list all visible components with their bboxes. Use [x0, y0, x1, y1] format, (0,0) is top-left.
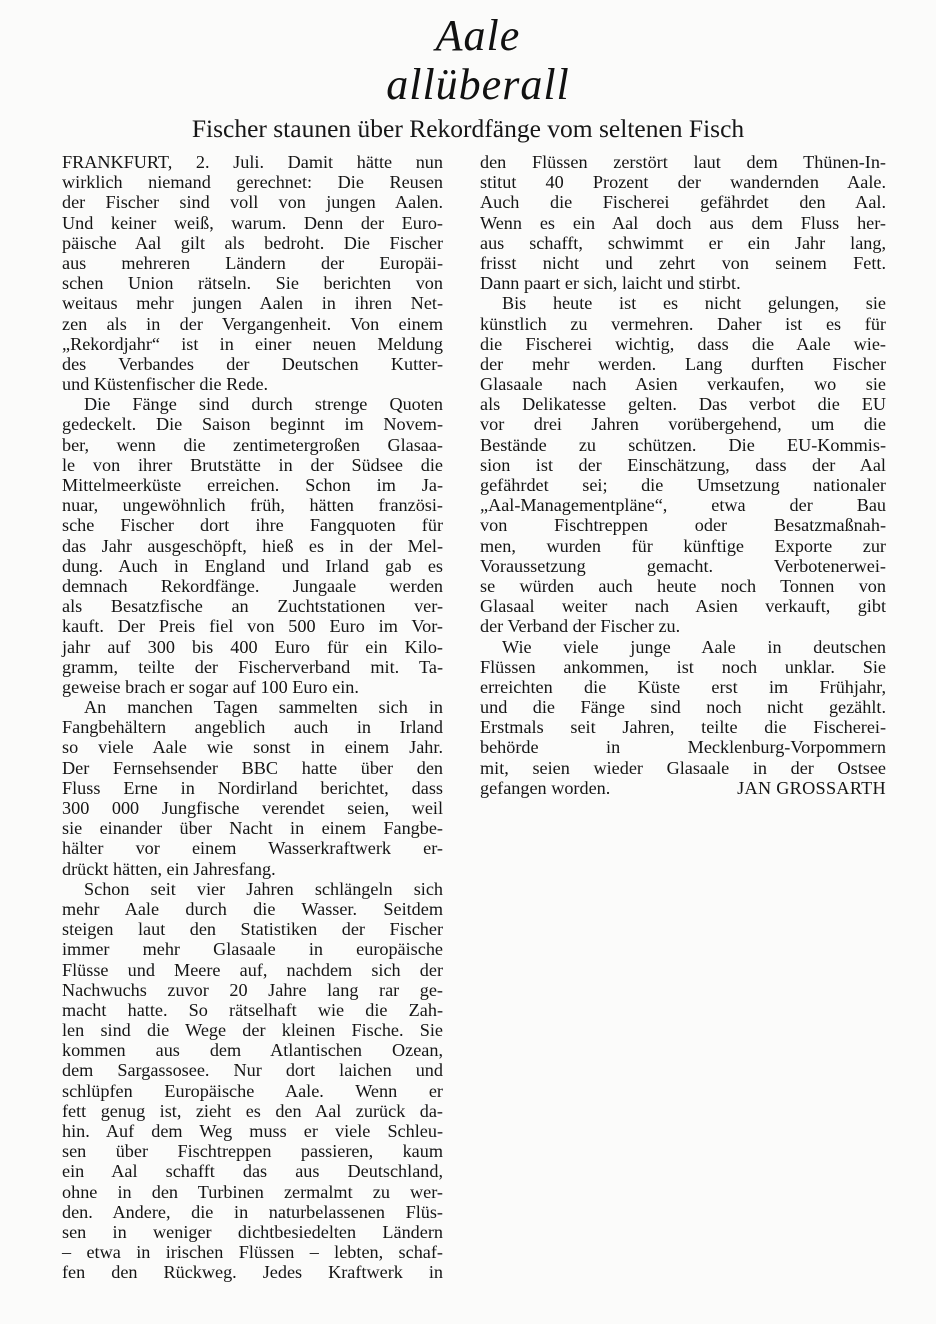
text-line: Erstmals seit Jahren, teilte die Fischer… [480, 717, 886, 737]
text-line: Bis heute ist es nicht gelungen, sie [480, 293, 886, 313]
text-line: vor drei Jahren vorübergehend, um die [480, 414, 886, 434]
text-line: den Flüssen zerstört laut dem Thünen-In- [480, 152, 886, 172]
text-line: Voraussetzung gemacht. Verbotenerwei- [480, 556, 886, 576]
text-line: aus schafft, schwimmt er ein Jahr lang, [480, 233, 886, 253]
text-line: als Delikatesse gelten. Das verbot die E… [480, 394, 886, 414]
text-line: der mehr werden. Lang durften Fischer [480, 354, 886, 374]
text-line: wirklich niemand gerechnet: Die Reusen [62, 172, 443, 192]
headline-line-2: allüberall [10, 63, 936, 107]
text-line: die Fischerei wichtig, dass die Aale wie… [480, 334, 886, 354]
text-line: Dann paart er sich, laicht und stirbt. [480, 273, 886, 293]
text-line: nuar, ungewöhnlich früh, hätten französi… [62, 495, 443, 515]
text-line: „Aal-Managementpläne“, etwa der Bau [480, 495, 886, 515]
text-line: und Küstenfischer die Rede. [62, 374, 443, 394]
article-column-1: FRANKFURT, 2. Juli. Damit hätte nunwirkl… [62, 152, 443, 1283]
text-line: Nachwuchs zuvor 20 Jahre lang rar ge- [62, 980, 443, 1000]
text-line: 300 000 Jungfische verendet seien, weil [62, 798, 443, 818]
text-line: zen als in der Vergangenheit. Von einem [62, 314, 443, 334]
subheadline: Fischer staunen über Rekordfänge vom sel… [0, 114, 936, 144]
text-line: Flüssen ankommen, ist noch unklar. Sie [480, 657, 886, 677]
text-line: len sind die Wege der kleinen Fische. Si… [62, 1020, 443, 1040]
text-line: von Fischtreppen oder Besatzmaßnah- [480, 515, 886, 535]
text-line: jahr auf 300 bis 400 Euro für ein Kilo- [62, 637, 443, 657]
text-line: sen in weniger dichtbesiedelten Ländern [62, 1222, 443, 1242]
text-line: „Rekordjahr“ ist in einer neuen Meldung [62, 334, 443, 354]
text-line: päische Aal gilt als bedroht. Die Fische… [62, 233, 443, 253]
text-line: immer mehr Glasaale in europäische [62, 939, 443, 959]
text-line: gedeckelt. Die Saison beginnt im Novem- [62, 414, 443, 434]
text-line: dung. Auch in England und Irland gab es [62, 556, 443, 576]
text-line: FRANKFURT, 2. Juli. Damit hätte nun [62, 152, 443, 172]
text-line: frisst nicht und zehrt von seinem Fett. [480, 253, 886, 273]
text-line: erreichten die Küste erst im Frühjahr, [480, 677, 886, 697]
text-line: Bestände zu schützen. Die EU-Kommis- [480, 435, 886, 455]
text-line: Der Fernsehsender BBC hatte über den [62, 758, 443, 778]
text-line: dem Sargassosee. Nur dort laichen und [62, 1060, 443, 1080]
text-line: des Verbandes der Deutschen Kutter- [62, 354, 443, 374]
text-line: der Fischer sind voll von jungen Aalen. [62, 192, 443, 212]
text-line: sen über Fischtreppen passieren, kaum [62, 1141, 443, 1161]
text-line: als Besatzfische an Zuchtstationen ver- [62, 596, 443, 616]
article-column-2: den Flüssen zerstört laut dem Thünen-In-… [480, 152, 886, 798]
text-line: Glasaal weiter nach Asien verkauft, gibt [480, 596, 886, 616]
text-line: gramm, teilte der Fischerverband mit. Ta… [62, 657, 443, 677]
text-line: steigen laut den Statistiken der Fischer [62, 919, 443, 939]
text-line: sion ist der Einschätzung, dass der Aal [480, 455, 886, 475]
text-line: Fluss Erne in Nordirland berichtet, dass [62, 778, 443, 798]
text-line: das Jahr ausgeschöpft, hieß es in der Me… [62, 536, 443, 556]
text-line: gefangen worden. JAN GROSSARTH [480, 778, 886, 798]
text-line: Die Fänge sind durch strenge Quoten [62, 394, 443, 414]
text-line: kauft. Der Preis fiel von 500 Euro im Vo… [62, 616, 443, 636]
headline-line-1: Aale [10, 14, 936, 58]
text-line: le von ihrer Brutstätte in der Südsee di… [62, 455, 443, 475]
text-line: drückt hätten, ein Jahresfang. [62, 859, 443, 879]
text-line: behörde in Mecklenburg-Vorpommern [480, 737, 886, 757]
text-line: und die Fänge sind noch nicht gezählt. [480, 697, 886, 717]
text-line: ein Aal schafft das aus Deutschland, [62, 1161, 443, 1181]
text-line: künstlich zu vermehren. Daher ist es für [480, 314, 886, 334]
text-line: ber, wenn die zentimetergroßen Glasaa- [62, 435, 443, 455]
text-line: Glasaale nach Asien verkaufen, wo sie [480, 374, 886, 394]
text-line: hälter vor einem Wasserkraftwerk er- [62, 838, 443, 858]
author-byline: JAN GROSSARTH [737, 778, 886, 798]
text-line: gefährdet sei; die Umsetzung nationaler [480, 475, 886, 495]
text-line: Und keiner weiß, warum. Denn der Euro- [62, 213, 443, 233]
text-line: aus mehreren Ländern der Europäi- [62, 253, 443, 273]
text-line: geweise brach er sogar auf 100 Euro ein. [62, 677, 443, 697]
text-line: Wie viele junge Aale in deutschen [480, 637, 886, 657]
text-line: Fangbehältern angeblich auch in Irland [62, 717, 443, 737]
text-line: weitaus mehr jungen Aalen in ihren Net- [62, 293, 443, 313]
text-line: Mittelmeerküste erreichen. Schon im Ja- [62, 475, 443, 495]
text-line: mit, seien wieder Glasaale in der Ostsee [480, 758, 886, 778]
text-line: schlüpfen Europäische Aale. Wenn er [62, 1081, 443, 1101]
text-line: fett genug ist, zieht es den Aal zurück … [62, 1101, 443, 1121]
text-line: demnach Rekordfänge. Jungaale werden [62, 576, 443, 596]
text-line: der Verband der Fischer zu. [480, 616, 886, 636]
text-line: hin. Auf dem Weg muss er viele Schleu- [62, 1121, 443, 1141]
text-line: Auch die Fischerei gefährdet den Aal. [480, 192, 886, 212]
text-line: se würden auch heute noch Tonnen von [480, 576, 886, 596]
text-line: Wenn es ein Aal doch aus dem Fluss her- [480, 213, 886, 233]
text-line: sche Fischer dort ihre Fangquoten für [62, 515, 443, 535]
text-line: mehr Aale durch die Wasser. Seitdem [62, 899, 443, 919]
text-line: Schon seit vier Jahren schlängeln sich [62, 879, 443, 899]
text-line: fen den Rückweg. Jedes Kraftwerk in [62, 1262, 443, 1282]
text-line: den. Andere, die in naturbelassenen Flüs… [62, 1202, 443, 1222]
text-line: macht hatte. So rätselhaft wie die Zah- [62, 1000, 443, 1020]
text-line: schen Union rätseln. Sie berichten von [62, 273, 443, 293]
text-line: so viele Aale wie sonst in einem Jahr. [62, 737, 443, 757]
text-line: kommen aus dem Atlantischen Ozean, [62, 1040, 443, 1060]
text-line: stitut 40 Prozent der wandernden Aale. [480, 172, 886, 192]
text-line: – etwa in irischen Flüssen – lebten, sch… [62, 1242, 443, 1262]
text-line: ohne in den Turbinen zermalmt zu wer- [62, 1182, 443, 1202]
text-line: men, wurden für künftige Exporte zur [480, 536, 886, 556]
text-line: An manchen Tagen sammelten sich in [62, 697, 443, 717]
text-line: Flüsse und Meere auf, nachdem sich der [62, 960, 443, 980]
text-line: sie einander über Nacht in einem Fangbe- [62, 818, 443, 838]
